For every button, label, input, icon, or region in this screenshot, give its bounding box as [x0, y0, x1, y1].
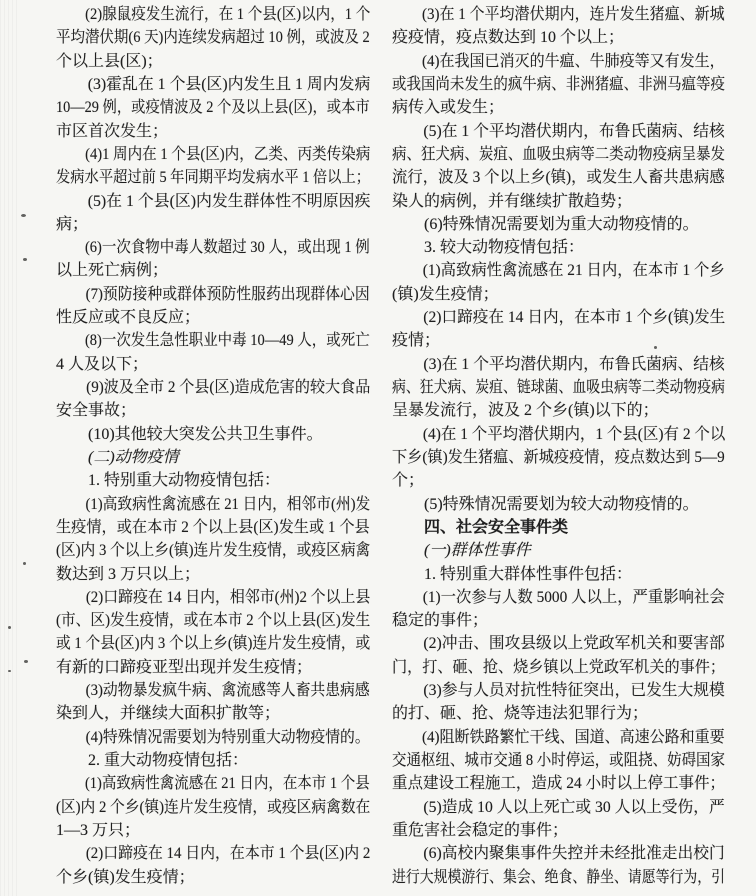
text-line: (1)高致病性禽流感在 21 日内，在本市 1 个乡	[392, 259, 712, 282]
text-line: 1. 特别重大动物疫情包括：	[56, 469, 370, 492]
text-line: (5)在 1 个县(区)内发生群体性不明原因疾	[56, 190, 367, 213]
text-line: 发病水平超过前 5 年同期平均发病水平 1 倍以上；	[56, 166, 336, 189]
text-line: (10)其他较大突发公共卫生事件。	[56, 423, 370, 446]
text-line: 重点建设工程施工，造成 24 小时以上停工事件；	[392, 772, 714, 795]
text-line: 四、社会安全事件类	[392, 516, 725, 539]
text-line: 个；	[392, 469, 725, 492]
document-page: (2)腺鼠疫发生流行，在 1 个县(区)以内，1 个平均潜伏期(6 天)内连续发…	[0, 0, 756, 896]
text-line: (4)阻断铁路繁忙干线、国道、高速公路和重要	[392, 726, 704, 749]
text-line: 进行大规模游行、集会、绝食、静坐、请愿等行为，引	[392, 866, 681, 889]
text-line: 10—29 例，或疫情波及 2 个及以上县(区)，或本市	[56, 96, 337, 119]
text-line: (区)内 3 个以上乡(镇)连片发生疫情，或疫区病禽	[56, 539, 345, 562]
text-line: 或 1 个县(区)内 3 个以上乡(镇)连片发生疫情，或	[56, 632, 345, 655]
text-line: 数达到 3 万只以上；	[56, 563, 370, 586]
text-line: (区)内 2 个乡(镇)连片发生疫情，或疫区病禽数在	[56, 796, 345, 819]
text-line: (3)动物暴发疯牛病、禽流感等人畜共患病感	[56, 679, 347, 702]
text-line: (3)在 1 个平均潜伏期内，连片发生猪瘟、新城	[392, 3, 704, 26]
text-line: 重危害社会稳定的事件；	[392, 819, 725, 842]
text-line: (镇)发生疫情；	[392, 283, 725, 306]
ink-speck	[8, 670, 11, 672]
text-line: (1)高致病性禽流感在 21 日内，在本市 1 个县	[56, 772, 340, 795]
text-line: (5)在 1 个平均潜伏期内，布鲁氏菌病、结核	[392, 120, 719, 143]
text-line: (2)腺鼠疫发生流行，在 1 个县(区)以内，1 个	[56, 3, 342, 26]
text-line: 染到人，并继续大面积扩散等；	[56, 702, 370, 725]
right-column: (3)在 1 个平均潜伏期内，连片发生猪瘟、新城疫疫情，疫点数达到 10 个以上…	[392, 3, 725, 889]
text-line: (4)1 周内在 1 个县(区)内，乙类、丙类传染病	[56, 143, 342, 166]
ink-speck	[654, 346, 657, 349]
text-line: 1. 特别重大群体性事件包括：	[392, 563, 725, 586]
text-line: (4)在我国已消灭的牛瘟、牛肺疫等又有发生，	[392, 50, 704, 73]
text-line: 的打、砸、抢、烧等违法犯罪行为；	[392, 702, 725, 725]
ink-speck	[21, 214, 26, 217]
text-line: 4 人及以下；	[56, 353, 370, 376]
left-column: (2)腺鼠疫发生流行，在 1 个县(区)以内，1 个平均潜伏期(6 天)内连续发…	[56, 3, 370, 889]
text-line: 市区首次发生；	[56, 120, 370, 143]
text-line: 平均潜伏期(6 天)内连续发病超过 10 例，或波及 2	[56, 26, 340, 49]
text-line: 呈暴发流行，波及 2 个乡(镇)以下的；	[392, 399, 725, 422]
text-line: 病传入或发生；	[392, 96, 725, 119]
text-line: (6)高校内聚集事件失控并未经批准走出校门	[392, 842, 719, 865]
text-line: 个以上县(区)；	[56, 50, 370, 73]
text-line: (6)一次食物中毒人数超过 30 人，或出现 1 例	[56, 236, 340, 259]
text-line: (6)特殊情况需要划为重大动物疫情的。	[392, 213, 725, 236]
text-line: (4)特殊情况需要划为特别重大动物疫情的。	[56, 726, 347, 749]
text-line: (4)在 1 个平均潜伏期内，1 个县(区)有 2 个以	[392, 423, 713, 446]
text-line: 门，打、砸、抢、烧乡镇以上党政军机关的事件；	[392, 656, 707, 679]
ink-speck	[24, 660, 28, 663]
text-line: (3)在 1 个平均潜伏期内，布鲁氏菌病、结核	[392, 353, 719, 376]
text-line: 病、狂犬病、炭疽、血吸虫病等二类动物疫病呈暴发	[392, 143, 693, 166]
text-line: (8)一次发生急性职业中毒 10—49 人，或死亡	[56, 329, 340, 352]
text-line: (5)特殊情况需要划为较大动物疫情的。	[392, 493, 725, 516]
ink-speck	[23, 258, 27, 261]
text-line: 病；	[56, 213, 370, 236]
text-line: 2. 重大动物疫情包括：	[56, 749, 370, 772]
text-line: (9)波及全市 2 个县(区)造成危害的较大食品	[56, 376, 352, 399]
text-line: 或我国尚未发生的疯牛病、非洲猪瘟、非洲马瘟等疫	[392, 73, 693, 96]
text-line: (3)霍乱在 1 个县(区)内发生且 1 周内发病	[56, 73, 367, 96]
text-line: 下乡(镇)发生猪瘟、新城疫疫情，疫点数达到 5—9	[392, 446, 708, 469]
text-line: 染人的病例，并有继续扩散趋势；	[392, 190, 725, 213]
text-line: 疫疫情，疫点数达到 10 个以上；	[392, 26, 725, 49]
text-line: (3)参与人员对抗性特征突出，已发生大规模	[392, 679, 719, 702]
text-line: 1—3 万只；	[56, 819, 370, 842]
text-line: 3. 较大动物疫情包括：	[392, 236, 725, 259]
text-line: (7)预防接种或群体预防性服药出现群体心因	[56, 283, 347, 306]
text-line: (市、区)发生疫情，或在本市 2 个以上县(区)发生	[56, 609, 345, 632]
text-line: 疫情；	[392, 329, 725, 352]
text-line: (二)动物疫情	[56, 446, 370, 469]
text-line: 个乡(镇)发生疫情；	[56, 866, 370, 889]
text-line: (2)口蹄疫在 14 日内，在本市 1 个县(区)内 2	[56, 842, 349, 865]
text-line: (1)高致病性禽流感在 21 日内，相邻市(州)发	[56, 493, 345, 516]
text-line: (一)群体性事件	[392, 539, 725, 562]
text-line: (1)一次参与人数 5000 人以上，严重影响社会	[392, 586, 712, 609]
text-line: (2)口蹄疫在 14 日内，相邻市(州)2 个以上县	[56, 586, 349, 609]
text-line: 生疫情，或在本市 2 个以上县(区)发生或 1 个县	[56, 516, 354, 539]
text-line: 病、狂犬病、炭疽、链球菌、血吸虫病等二类动物疫病	[392, 376, 681, 399]
text-line: 有新的口蹄疫亚型出现并发生疫情；	[56, 656, 370, 679]
text-line: 交通枢纽、城市交通 8 小时停运，或阻挠、妨碍国家	[392, 749, 693, 772]
text-line: 流行，波及 3 个以上乡(镇)，或发生人畜共患病感	[392, 166, 712, 189]
text-line: (2)冲击、围攻县级以上党政军机关和要害部	[392, 632, 719, 655]
text-line: 安全事故；	[56, 399, 370, 422]
text-line: (5)造成 10 人以上死亡或 30 人以上受伤，严	[392, 796, 719, 819]
text-line: 性反应或不良反应；	[56, 306, 370, 329]
text-line: (2)口蹄疫在 14 日内，在本市 1 个乡(镇)发生	[392, 306, 717, 329]
ink-speck	[23, 562, 26, 565]
text-line: 稳定的事件；	[392, 609, 725, 632]
ink-speck	[8, 626, 11, 629]
text-line: 以上死亡病例；	[56, 259, 370, 282]
